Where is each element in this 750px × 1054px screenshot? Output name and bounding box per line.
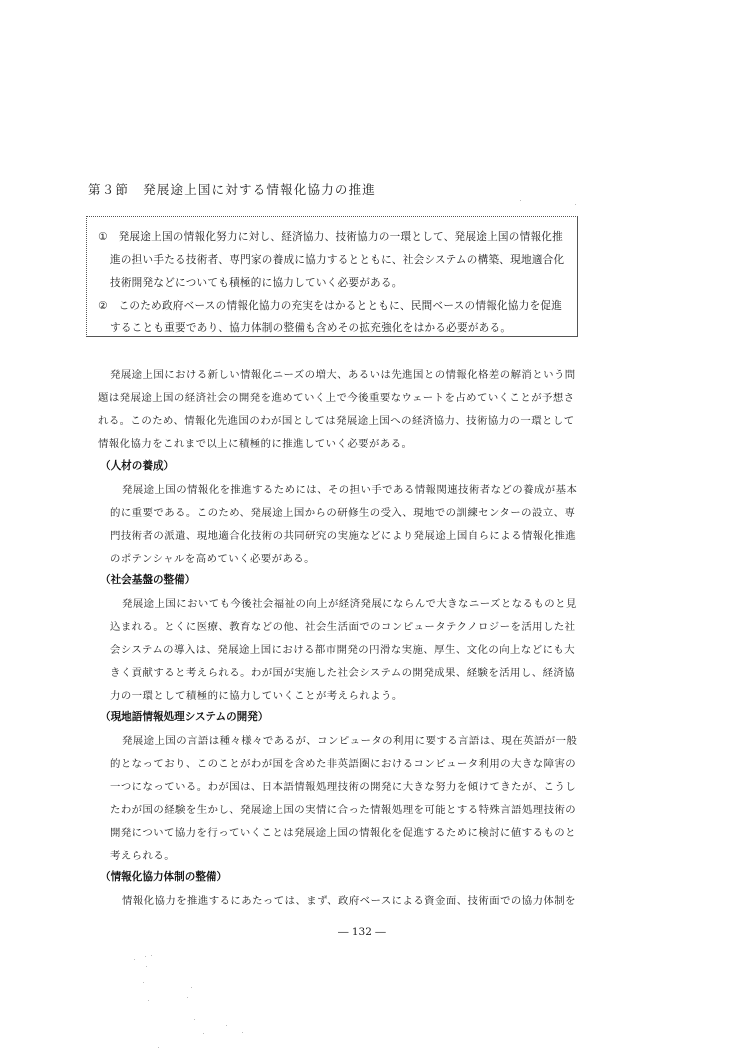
scan-speck [134, 959, 135, 960]
scan-speck [575, 204, 576, 205]
scan-speck [191, 987, 192, 988]
subsection-line: のポテンシャルを高めていく必要がある。 [110, 550, 315, 565]
summary-line: することも重要であり、協力体制の整備も含めその拡充強化をはかる必要がある。 [110, 320, 511, 335]
subsection-line: 発展途上国の情報化を推進するためには、その担い手である情報関連技術者などの養成が… [122, 481, 577, 496]
scan-speck [158, 1047, 159, 1048]
summary-line: ② このため政府ベースの情報化協力の充実をはかるとともに、民間ベースの情報化協力… [98, 298, 562, 313]
intro-line: れる。このため、情報化先進国のわが国としては発展途上国への経済協力、技術協力の一… [98, 412, 575, 427]
subsection-line: きく貢献すると考えられる。わが国が実施した社会システムの開発成果、経験を活用し、… [110, 664, 575, 679]
subsection-heading-social-infrastructure: （社会基盤の整備） [100, 572, 195, 587]
page-number: ― 132 ― [338, 926, 386, 938]
summary-line: ① 発展途上国の情報化努力に対し、経済協力、技術協力の一環として、発展途上国の情… [98, 229, 563, 244]
subsection-heading-local-language-systems: （現地語情報処理システムの開発） [100, 709, 268, 724]
subsection-heading-human-resources: （人材の養成） [100, 458, 174, 473]
subsection-line: 門技術者の派遣、現地適合化技術の共同研究の実施などにより発展途上国自らによる情報… [110, 527, 576, 542]
scan-speck [148, 1000, 149, 1001]
subsection-line: 的となっており、このことがわが国を含めた非英語圏におけるコンピュータ利用の大きな… [110, 755, 576, 770]
summary-line: 技術開発などについても積極的に協力していく必要がある。 [110, 275, 403, 290]
subsection-line: たわが国の経験を生かし、発展途上国の実情に合った情報処理を可能とする特殊言語処理… [110, 801, 576, 816]
scan-speck [187, 997, 188, 998]
summary-line: 進の担い手たる技術者、専門家の養成に協力するとともに、社会システムの構築、現地適… [110, 252, 564, 267]
scan-speck [143, 982, 144, 983]
scan-speck [203, 1033, 204, 1034]
document-page: 第３節発展途上国に対する情報化協力の推進 ① 発展途上国の情報化努力に対し、経済… [0, 0, 750, 1054]
subsection-line: 情報化協力を推進するにあたっては、まず、政府ベースによる資金面、技術面での協力体… [122, 892, 576, 907]
subsection-line: 開発について協力を行っていくことは発展途上国の情報化を促進するために検討に値する… [110, 824, 576, 839]
subsection-line: 発展途上国においても今後社会福祉の向上が経済発展にならんで大きなニーズとなるもの… [122, 595, 577, 610]
scan-speck [520, 200, 521, 201]
subsection-line: 的に重要である。このため、発展途上国からの研修生の受入、現地での訓練センターの設… [110, 504, 575, 519]
subsection-line: 考えられる。 [110, 847, 175, 862]
subsection-line: 込まれる。とくに医療、教育などの他、社会生活面でのコンピュータテクノロジーを活用… [110, 618, 576, 633]
subsection-line: 力の一環として積極的に協力していくことが考えられよう。 [110, 687, 403, 702]
scan-speck [151, 955, 152, 956]
subsection-heading-cooperation-framework: （情報化協力体制の整備） [100, 869, 227, 884]
intro-line: 発展途上国における新しい情報化ニーズの増大、あるいは先進国との情報化格差の解消と… [110, 366, 576, 381]
section-number: 第３節 [88, 182, 129, 197]
scan-speck [194, 1019, 195, 1020]
section-heading: 発展途上国に対する情報化協力の推進 [143, 182, 376, 197]
intro-line: 題は発展途上国の経済社会の開発を進めていく上で今後重要なウェートを占めていくこと… [98, 389, 575, 404]
subsection-line: 会システムの導入は、発展途上国における都市開発の円滑な実施、厚生、文化の向上など… [110, 641, 575, 656]
scan-speck [146, 966, 147, 967]
subsection-line: 発展途上国の言語は種々様々であるが、コンピュータの利用に要する言語は、現在英語が… [122, 732, 577, 747]
intro-line: 情報化協力をこれまで以上に積極的に推進していく必要がある。 [98, 435, 412, 450]
section-title: 第３節発展途上国に対する情報化協力の推進 [88, 180, 376, 198]
scan-speck [145, 956, 146, 957]
scan-speck [242, 1032, 243, 1033]
subsection-line: 一つになっている。わが国は、日本語情報処理技術の開発に大きな努力を傾けてきたが、… [110, 778, 576, 793]
scan-speck [226, 1025, 227, 1026]
